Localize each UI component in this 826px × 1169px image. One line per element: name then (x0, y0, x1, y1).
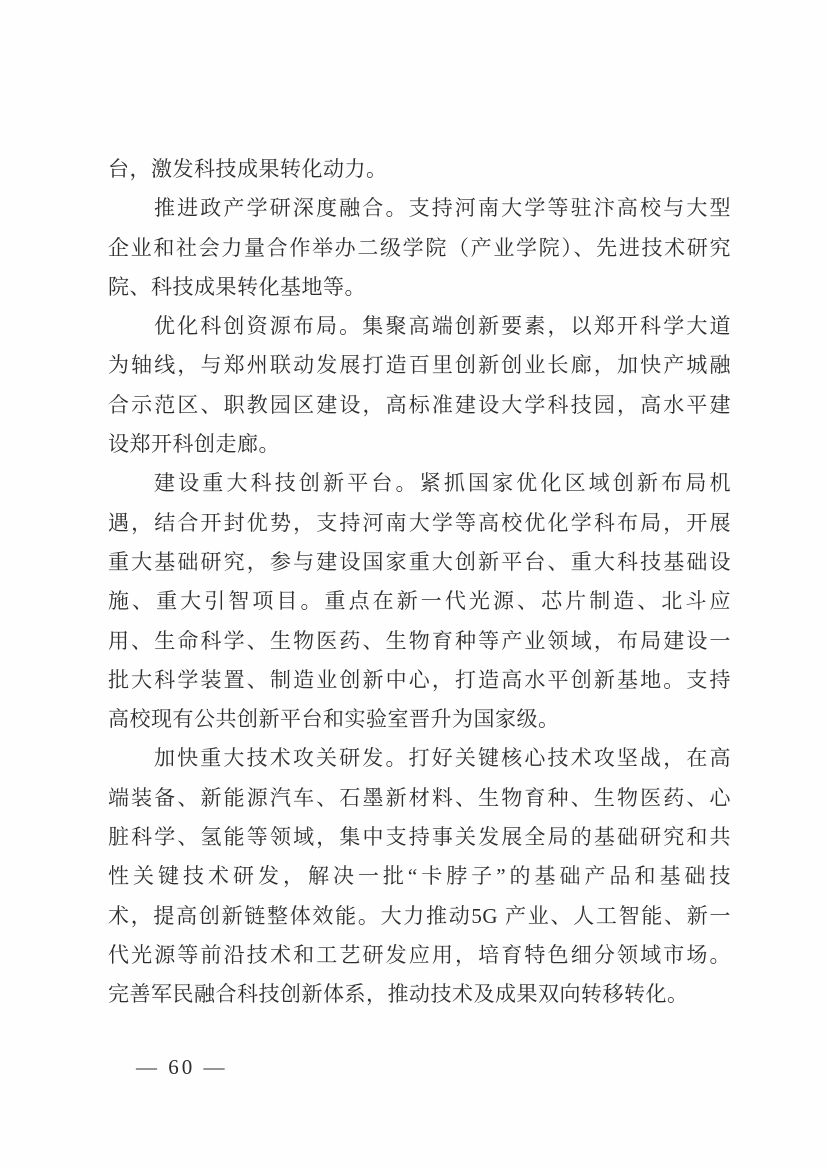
text-line: 高校现有公共创新平台和实验室晋升为国家级。 (108, 700, 731, 739)
text-line: 台，激发科技成果转化动力。 (108, 150, 731, 189)
text-line: 设郑开科创走廊。 (108, 425, 731, 464)
text-line: 代光源等前沿技术和工艺研发应用，培育特色细分领域市场。 (108, 936, 731, 975)
text-line: 完善军民融合科技创新体系，推动技术及成果双向转移转化。 (108, 975, 731, 1014)
text-line: 端装备、新能源汽车、石墨新材料、生物育种、生物医药、心 (108, 779, 731, 818)
text-line: 术，提高创新链整体效能。大力推动5G 产业、人工智能、新一 (108, 897, 731, 936)
text-line: 推进政产学研深度融合。支持河南大学等驻汴高校与大型 (108, 189, 731, 228)
text-line: 企业和社会力量合作举办二级学院（产业学院）、先进技术研究 (108, 229, 731, 268)
text-line: 院、科技成果转化基地等。 (108, 268, 731, 307)
text-line: 性关键技术研发，解决一批“卡脖子”的基础产品和基础技 (108, 857, 731, 896)
text-line: 合示范区、职教园区建设，高标准建设大学科技园，高水平建 (108, 386, 731, 425)
text-line: 为轴线，与郑州联动发展打造百里创新创业长廊，加快产城融 (108, 346, 731, 385)
text-line: 施、重大引智项目。重点在新一代光源、芯片制造、北斗应 (108, 582, 731, 621)
text-line: 遇，结合开封优势，支持河南大学等高校优化学科布局，开展 (108, 504, 731, 543)
text-line: 加快重大技术攻关研发。打好关键核心技术攻坚战，在高 (108, 739, 731, 778)
document-page: 台，激发科技成果转化动力。推进政产学研深度融合。支持河南大学等驻汴高校与大型企业… (0, 0, 826, 1169)
page-number: — 60 — (136, 1052, 228, 1082)
text-line: 批大科学装置、制造业创新中心，打造高水平创新基地。支持 (108, 661, 731, 700)
page-body: 台，激发科技成果转化动力。推进政产学研深度融合。支持河南大学等驻汴高校与大型企业… (108, 150, 731, 1015)
text-line: 建设重大科技创新平台。紧抓国家优化区域创新布局机 (108, 464, 731, 503)
text-line: 优化科创资源布局。集聚高端创新要素，以郑开科学大道 (108, 307, 731, 346)
text-line: 脏科学、氢能等领域，集中支持事关发展全局的基础研究和共 (108, 818, 731, 857)
text-line: 重大基础研究，参与建设国家重大创新平台、重大科技基础设 (108, 543, 731, 582)
text-line: 用、生命科学、生物医药、生物育种等产业领域，布局建设一 (108, 622, 731, 661)
